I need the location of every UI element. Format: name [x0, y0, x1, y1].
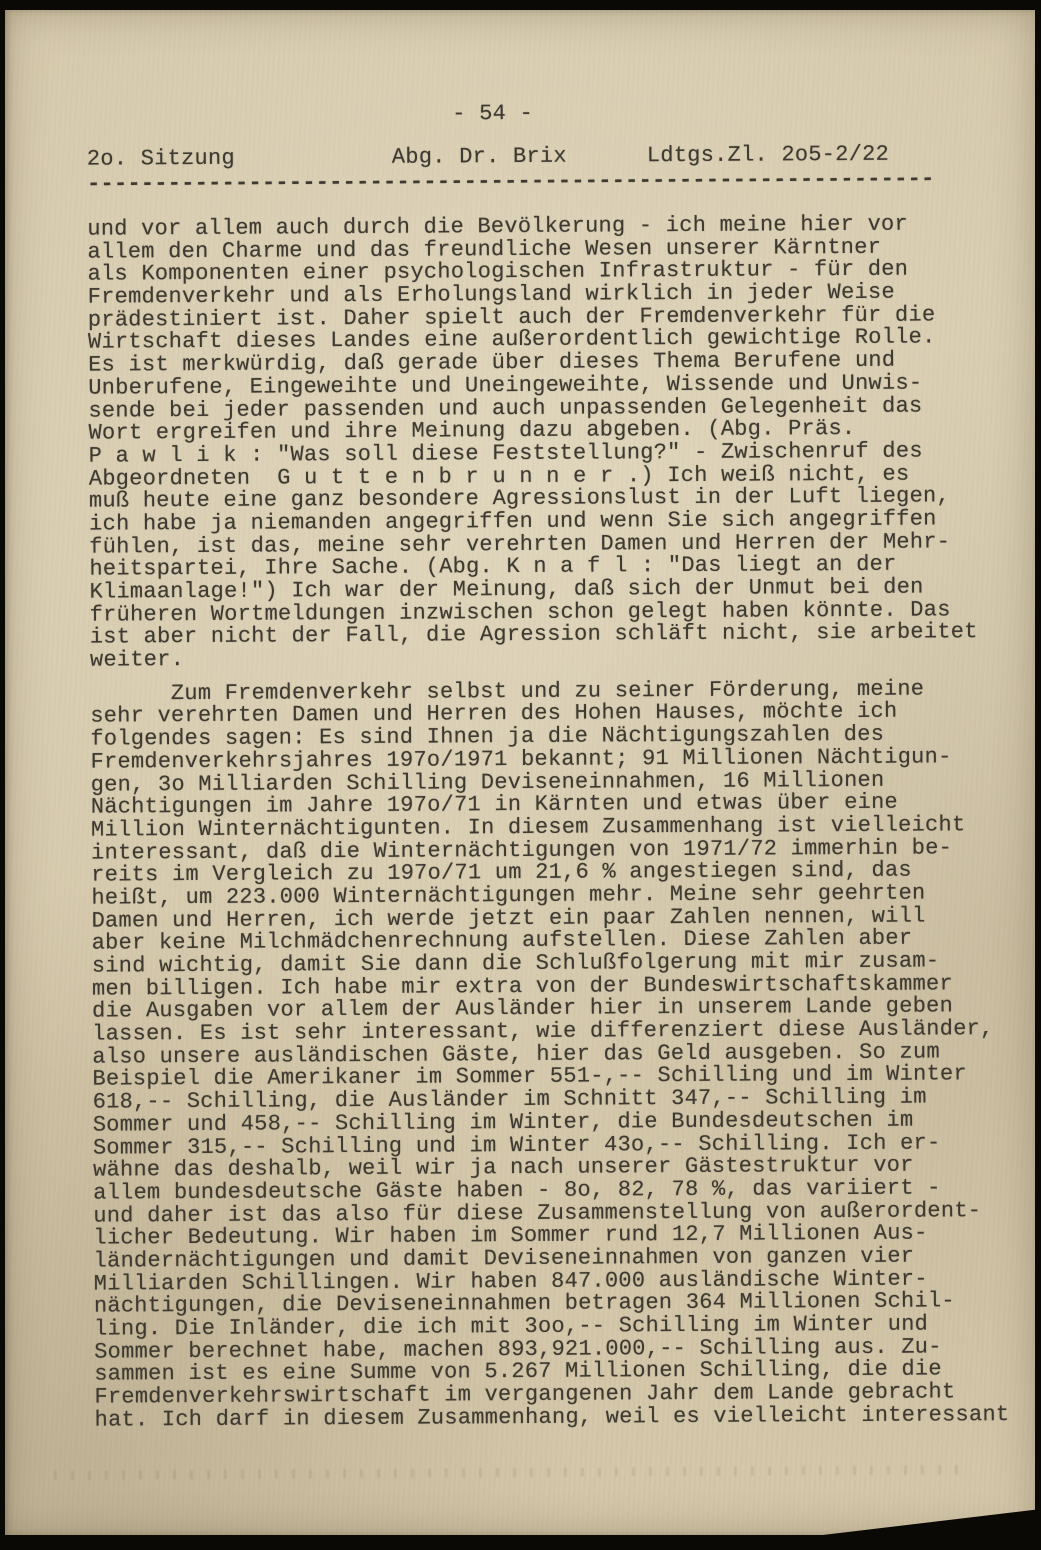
page-number: - 54 - [0, 100, 1008, 129]
paper-sheet: - 54 - 2o. Sitzung Abg. Dr. Brix Ldtgs.Z… [5, 10, 1035, 1535]
paragraph: und vor allem auch durch die Bevölkerung… [87, 213, 1019, 672]
typewritten-content: - 54 - 2o. Sitzung Abg. Dr. Brix Ldtgs.Z… [5, 7, 1041, 1538]
text-line: hat. Ich darf in diesem Zusammenhang, we… [95, 1404, 1024, 1432]
header-reference: Ldtgs.Zl. 2o5-2/22 [647, 144, 889, 168]
body-text: und vor allem auch durch die Bevölkerung… [87, 213, 1023, 1432]
show-through-marks [54, 1465, 964, 1480]
header-speaker: Abg. Dr. Brix [392, 146, 567, 170]
paragraph: Zum Fremdenverkehr selbst und zu seiner … [90, 678, 1024, 1432]
dashed-rule: ----------------------------------------… [87, 168, 935, 196]
header-session: 2o. Sitzung [87, 148, 235, 172]
scanned-page: { "colors": { "paper": "#d4c7aa", "ink":… [0, 0, 1041, 1550]
